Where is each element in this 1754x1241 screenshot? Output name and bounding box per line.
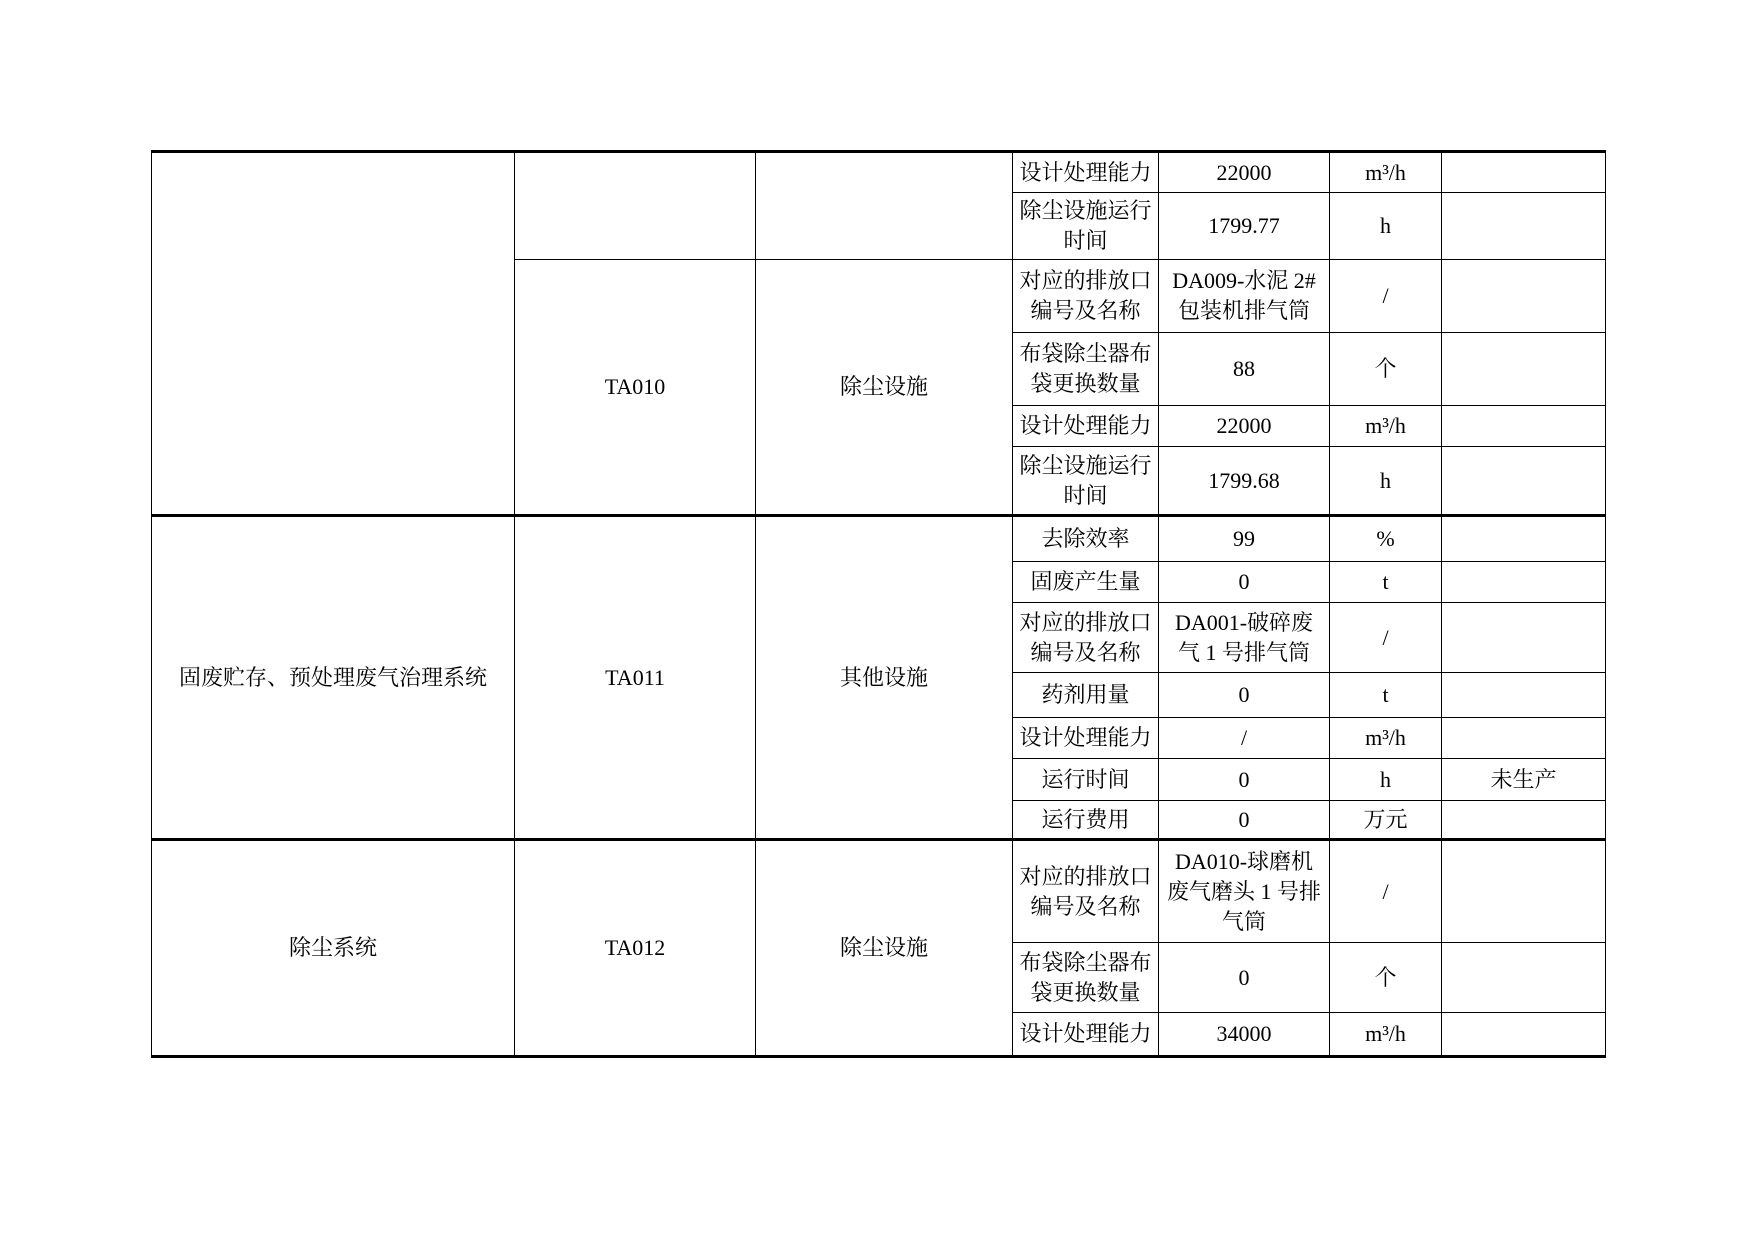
facility-code-cell bbox=[515, 152, 756, 260]
facility-code-cell: TA010 bbox=[515, 260, 756, 516]
value-cell: / bbox=[1159, 718, 1330, 759]
param-cell: 设计处理能力 bbox=[1013, 718, 1159, 759]
value-cell: 1799.68 bbox=[1159, 447, 1330, 516]
remark-cell: 未生产 bbox=[1442, 759, 1606, 801]
remark-cell bbox=[1442, 718, 1606, 759]
param-cell: 对应的排放口编号及名称 bbox=[1013, 603, 1159, 673]
remark-cell bbox=[1442, 1013, 1606, 1057]
value-cell: 0 bbox=[1159, 759, 1330, 801]
value-cell: 99 bbox=[1159, 516, 1330, 562]
param-cell: 运行费用 bbox=[1013, 801, 1159, 840]
value-cell: 22000 bbox=[1159, 152, 1330, 193]
param-cell: 设计处理能力 bbox=[1013, 152, 1159, 193]
value-cell: 34000 bbox=[1159, 1013, 1330, 1057]
facility-type-cell: 除尘设施 bbox=[756, 840, 1013, 1057]
param-cell: 除尘设施运行时间 bbox=[1013, 447, 1159, 516]
value-cell: 0 bbox=[1159, 562, 1330, 603]
value-cell: 1799.77 bbox=[1159, 193, 1330, 260]
param-cell: 对应的排放口编号及名称 bbox=[1013, 840, 1159, 943]
unit-cell: 个 bbox=[1330, 333, 1442, 406]
remark-cell bbox=[1442, 516, 1606, 562]
facility-type-cell: 其他设施 bbox=[756, 516, 1013, 840]
remark-cell bbox=[1442, 333, 1606, 406]
value-cell: DA001-破碎废气 1 号排气筒 bbox=[1159, 603, 1330, 673]
param-cell: 设计处理能力 bbox=[1013, 406, 1159, 447]
param-cell: 药剂用量 bbox=[1013, 673, 1159, 718]
facility-code-cell: TA012 bbox=[515, 840, 756, 1057]
unit-cell: h bbox=[1330, 193, 1442, 260]
param-cell: 布袋除尘器布袋更换数量 bbox=[1013, 333, 1159, 406]
remark-cell bbox=[1442, 152, 1606, 193]
unit-cell: m³/h bbox=[1330, 152, 1442, 193]
param-cell: 设计处理能力 bbox=[1013, 1013, 1159, 1057]
param-cell: 固废产生量 bbox=[1013, 562, 1159, 603]
document-page: 设计处理能力 22000 m³/h 除尘设施运行时间 1799.77 h TA0… bbox=[0, 0, 1754, 1241]
facility-type-cell: 除尘设施 bbox=[756, 260, 1013, 516]
value-cell: 0 bbox=[1159, 801, 1330, 840]
remark-cell bbox=[1442, 840, 1606, 943]
value-cell: 22000 bbox=[1159, 406, 1330, 447]
unit-cell: 万元 bbox=[1330, 801, 1442, 840]
param-cell: 去除效率 bbox=[1013, 516, 1159, 562]
system-cell: 固废贮存、预处理废气治理系统 bbox=[152, 516, 515, 840]
unit-cell: m³/h bbox=[1330, 718, 1442, 759]
remark-cell bbox=[1442, 562, 1606, 603]
remark-cell bbox=[1442, 447, 1606, 516]
value-cell: 88 bbox=[1159, 333, 1330, 406]
system-cell: 除尘系统 bbox=[152, 840, 515, 1057]
system-cell bbox=[152, 152, 515, 516]
param-cell: 布袋除尘器布袋更换数量 bbox=[1013, 943, 1159, 1013]
unit-cell: t bbox=[1330, 562, 1442, 603]
param-cell: 运行时间 bbox=[1013, 759, 1159, 801]
unit-cell: / bbox=[1330, 260, 1442, 333]
facility-type-cell bbox=[756, 152, 1013, 260]
param-cell: 除尘设施运行时间 bbox=[1013, 193, 1159, 260]
unit-cell: t bbox=[1330, 673, 1442, 718]
unit-cell: h bbox=[1330, 447, 1442, 516]
param-cell: 对应的排放口编号及名称 bbox=[1013, 260, 1159, 333]
remark-cell bbox=[1442, 801, 1606, 840]
facility-code-cell: TA011 bbox=[515, 516, 756, 840]
remark-cell bbox=[1442, 406, 1606, 447]
value-cell: DA010-球磨机废气磨头 1 号排气筒 bbox=[1159, 840, 1330, 943]
remark-cell bbox=[1442, 193, 1606, 260]
remark-cell bbox=[1442, 603, 1606, 673]
remark-cell bbox=[1442, 943, 1606, 1013]
unit-cell: 个 bbox=[1330, 943, 1442, 1013]
value-cell: 0 bbox=[1159, 673, 1330, 718]
remark-cell bbox=[1442, 260, 1606, 333]
value-cell: 0 bbox=[1159, 943, 1330, 1013]
value-cell: DA009-水泥 2#包装机排气筒 bbox=[1159, 260, 1330, 333]
remark-cell bbox=[1442, 673, 1606, 718]
report-table: 设计处理能力 22000 m³/h 除尘设施运行时间 1799.77 h TA0… bbox=[151, 150, 1606, 1058]
unit-cell: % bbox=[1330, 516, 1442, 562]
unit-cell: h bbox=[1330, 759, 1442, 801]
unit-cell: / bbox=[1330, 840, 1442, 943]
unit-cell: m³/h bbox=[1330, 1013, 1442, 1057]
unit-cell: / bbox=[1330, 603, 1442, 673]
unit-cell: m³/h bbox=[1330, 406, 1442, 447]
